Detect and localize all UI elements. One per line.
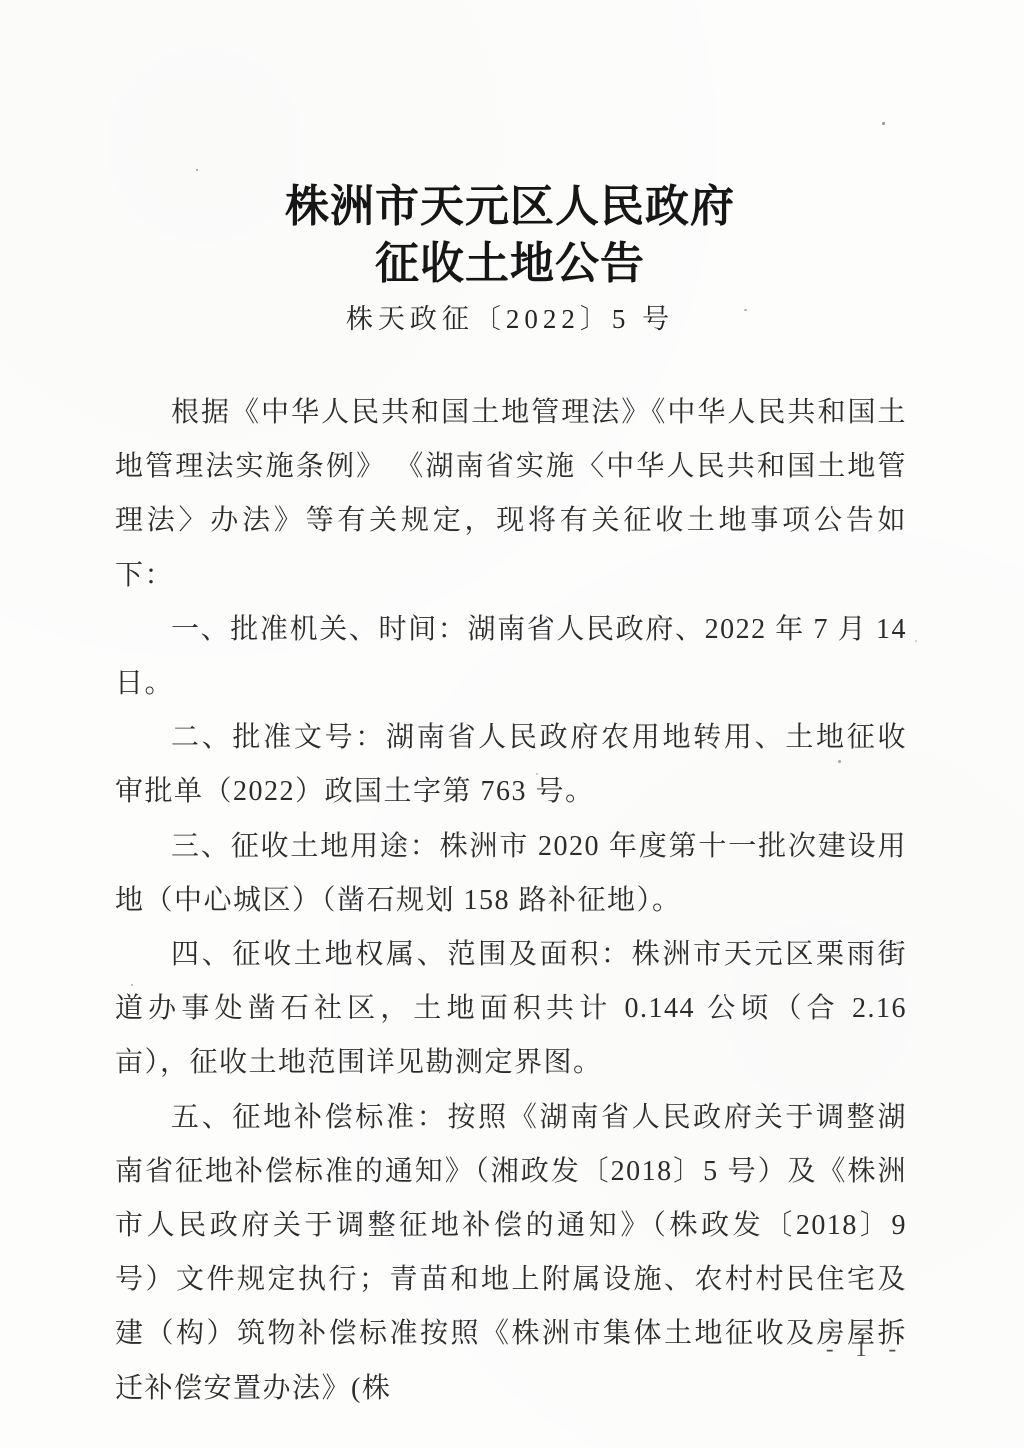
paragraph-item-4: 四、征收土地权属、范围及面积：株洲市天元区栗雨街道办事处凿石社区，土地面积共计 … bbox=[115, 928, 907, 1091]
paragraph-item-1: 一、批准机关、时间：湖南省人民政府、2022 年 7 月 14 日。 bbox=[115, 603, 907, 711]
paragraph-item-5: 五、征地补偿标准：按照《湖南省人民政府关于调整湖南省征地补偿标准的通知》（湘政发… bbox=[115, 1091, 907, 1416]
paragraph-item-3: 三、征收土地用途：株洲市 2020 年度第十一批次建设用地（中心城区）（凿石规划… bbox=[115, 820, 907, 928]
document-title-line1: 株洲市天元区人民政府 bbox=[115, 178, 905, 235]
paragraph-item-2: 二、批准文号：湖南省人民政府农用地转用、土地征收审批单（2022）政国土字第 7… bbox=[115, 711, 907, 819]
document-number: 株天政征〔2022〕5 号 bbox=[115, 302, 905, 336]
document-body: 根据《中华人民共和国土地管理法》《中华人民共和国土地管理法实施条例》 《湖南省实… bbox=[115, 386, 907, 1416]
document-page: 株洲市天元区人民政府 征收土地公告 株天政征〔2022〕5 号 根据《中华人民共… bbox=[0, 0, 1024, 1448]
scan-speck bbox=[196, 169, 198, 171]
document-title-line2: 征收土地公告 bbox=[115, 235, 905, 292]
scan-speck bbox=[915, 640, 917, 642]
paragraph-intro: 根据《中华人民共和国土地管理法》《中华人民共和国土地管理法实施条例》 《湖南省实… bbox=[115, 386, 907, 603]
scan-speck bbox=[882, 122, 885, 125]
page-number: - 1 - bbox=[810, 1336, 920, 1362]
document-header: 株洲市天元区人民政府 征收土地公告 株天政征〔2022〕5 号 bbox=[115, 178, 905, 336]
